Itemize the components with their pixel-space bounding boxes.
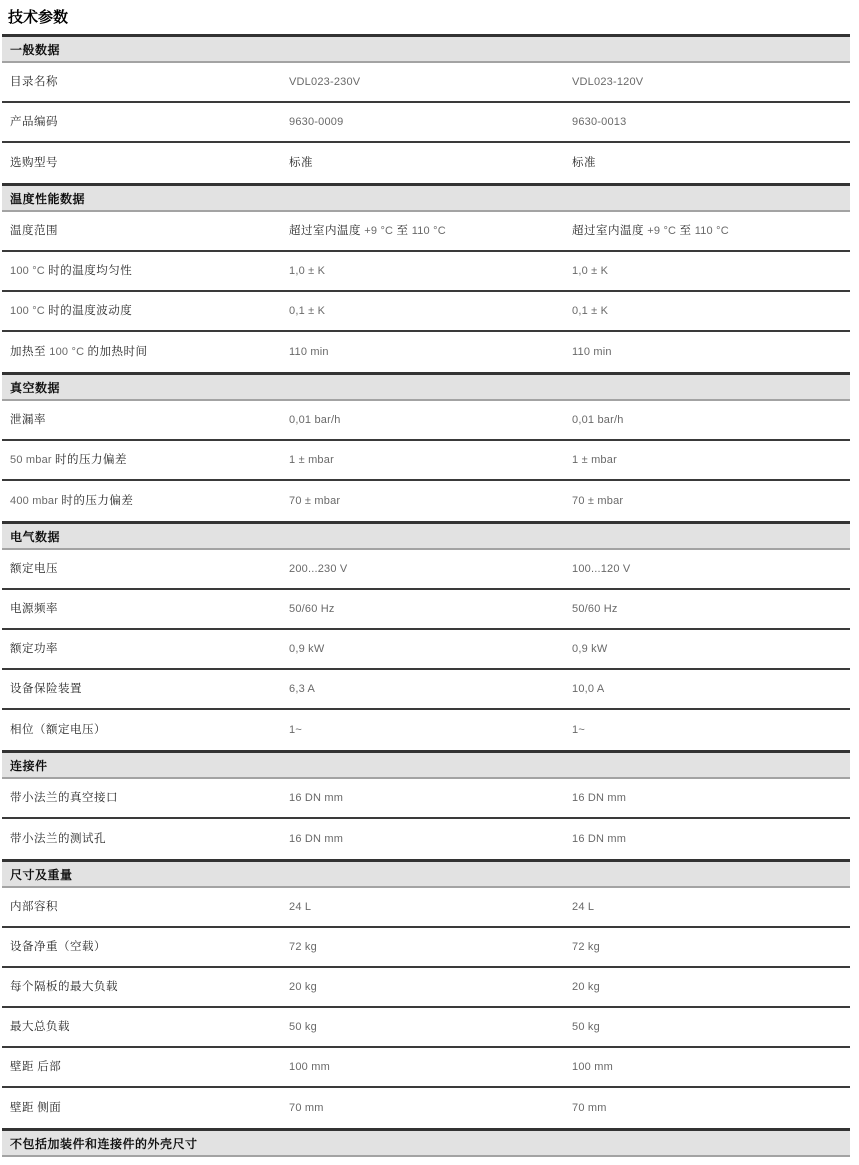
row-value-230v: 50 kg	[289, 1020, 572, 1035]
text-run: 16 DN mm	[572, 833, 626, 845]
row-label: 壁距 侧面	[2, 1101, 289, 1116]
row-value-230v: 6,3 A	[289, 682, 572, 697]
row-value-120v: VDL023-120V	[572, 75, 850, 90]
table-row: 泄漏率 0,01 bar/h 0,01 bar/h	[2, 401, 850, 441]
row-value-120v: 100...120 V	[572, 562, 850, 577]
table-row: 产品编码 9630-0009 9630-0013	[2, 103, 850, 143]
text-run: 110 min	[572, 346, 612, 358]
table-row: 内部容积 24 L 24 L	[2, 888, 850, 928]
text-run: 50/60 Hz	[289, 603, 335, 615]
text-run: VDL023-120V	[572, 76, 643, 88]
text-run: 额定电压	[10, 563, 58, 575]
row-label: 选购型号	[2, 156, 289, 171]
section-header: 真空数据	[2, 372, 850, 401]
row-label: 内部容积	[2, 900, 289, 915]
row-value-120v: 0,9 kW	[572, 642, 850, 657]
text-run: 1 ± mbar	[289, 454, 334, 466]
text-run: 0,1 ± K	[289, 305, 325, 317]
spec-section: 连接件 带小法兰的真空接口 16 DN mm 16 DN mm 带小法兰的测试孔…	[2, 750, 850, 859]
table-row: 400 mbar 时的压力偏差 70 ± mbar 70 ± mbar	[2, 481, 850, 521]
text-run: 1~	[572, 724, 585, 736]
text-run: 72 kg	[289, 941, 317, 953]
text-run: 70 mm	[572, 1102, 607, 1114]
row-label: 100 °C 时的温度均匀性	[2, 264, 289, 279]
text-run: 100 °C	[10, 265, 48, 277]
table-row: 壁距 侧面 70 mm 70 mm	[2, 1088, 850, 1128]
text-run: +9 °C	[644, 225, 679, 237]
table-row: 最大总负载 50 kg 50 kg	[2, 1008, 850, 1048]
text-run: 9630-0009	[289, 116, 343, 128]
section-header: 不包括加装件和连接件的外壳尺寸	[2, 1128, 850, 1157]
row-value-230v: 9630-0009	[289, 115, 572, 130]
row-label: 每个隔板的最大负载	[2, 980, 289, 995]
row-value-120v: 24 L	[572, 900, 850, 915]
row-label: 设备净重（空载）	[2, 940, 289, 955]
table-row: 温度范围 超过室内温度 +9 °C 至 110 °C 超过室内温度 +9 °C …	[2, 212, 850, 252]
text-run: 设备净重（空载）	[10, 941, 106, 953]
row-value-230v: 16 DN mm	[289, 791, 572, 806]
text-run: 温度范围	[10, 225, 58, 237]
table-row: 带小法兰的测试孔 16 DN mm 16 DN mm	[2, 819, 850, 859]
section-header: 连接件	[2, 750, 850, 779]
row-label: 额定功率	[2, 642, 289, 657]
text-run: 200...230 V	[289, 563, 347, 575]
row-label: 壁距 后部	[2, 1060, 289, 1075]
text-run: 超过室内温度	[289, 225, 361, 237]
row-value-120v: 50 kg	[572, 1020, 850, 1035]
text-run: 100 mm	[289, 1061, 330, 1073]
section-title: 真空数据	[10, 379, 60, 396]
text-run: 标准	[289, 157, 313, 169]
table-row: 每个隔板的最大负载 20 kg 20 kg	[2, 968, 850, 1008]
row-label: 电源频率	[2, 602, 289, 617]
table-row: 100 °C 时的温度波动度 0,1 ± K 0,1 ± K	[2, 292, 850, 332]
row-value-120v: 20 kg	[572, 980, 850, 995]
row-value-120v: 100 mm	[572, 1060, 850, 1075]
row-value-120v: 1~	[572, 723, 850, 738]
row-value-120v: 超过室内温度 +9 °C 至 110 °C	[572, 224, 850, 239]
text-run: 50 mbar	[10, 454, 55, 466]
row-value-230v: 20 kg	[289, 980, 572, 995]
row-label: 加热至 100 °C 的加热时间	[2, 345, 289, 360]
text-run: 相位（额定电压）	[10, 724, 106, 736]
row-value-230v: 50/60 Hz	[289, 602, 572, 617]
spec-section: 温度性能数据 温度范围 超过室内温度 +9 °C 至 110 °C 超过室内温度…	[2, 183, 850, 372]
text-run: 壁距	[10, 1102, 34, 1114]
text-run: 110 °C	[408, 225, 445, 237]
text-run: 20 kg	[289, 981, 317, 993]
row-value-230v: 1 ± mbar	[289, 453, 572, 468]
row-value-120v: 1,0 ± K	[572, 264, 850, 279]
section-title: 不包括加装件和连接件的外壳尺寸	[10, 1135, 198, 1152]
text-run: 目录名称	[10, 76, 58, 88]
row-value-230v: 0,9 kW	[289, 642, 572, 657]
text-run: 50/60 Hz	[572, 603, 618, 615]
row-label: 温度范围	[2, 224, 289, 239]
row-value-120v: 70 mm	[572, 1101, 850, 1116]
text-run: 后部	[37, 1061, 61, 1073]
row-value-120v: 110 min	[572, 345, 850, 360]
text-run: 72 kg	[572, 941, 600, 953]
row-value-230v: 70 mm	[289, 1101, 572, 1116]
section-title: 电气数据	[10, 528, 60, 545]
section-header: 一般数据	[2, 34, 850, 63]
text-run: 50 kg	[572, 1021, 600, 1033]
row-value-230v: 110 min	[289, 345, 572, 360]
table-row: 目录名称 VDL023-230V VDL023-120V	[2, 63, 850, 103]
text-run: 选购型号	[10, 157, 58, 169]
row-value-230v: 24 L	[289, 900, 572, 915]
section-title: 连接件	[10, 757, 48, 774]
row-label: 目录名称	[2, 75, 289, 90]
text-run: VDL023-230V	[289, 76, 360, 88]
table-row: 选购型号 标准 标准	[2, 143, 850, 183]
row-value-230v: 70 ± mbar	[289, 494, 572, 509]
text-run: 24 L	[572, 901, 594, 913]
row-label: 最大总负载	[2, 1020, 289, 1035]
section-header: 尺寸及重量	[2, 859, 850, 888]
text-run: 超过室内温度	[572, 225, 644, 237]
text-run: 时的温度波动度	[48, 305, 132, 317]
row-label: 额定电压	[2, 562, 289, 577]
row-value-120v: 9630-0013	[572, 115, 850, 130]
row-label: 泄漏率	[2, 413, 289, 428]
text-run: 100 °C	[10, 305, 48, 317]
text-run: 16 DN mm	[289, 792, 343, 804]
page-title: 技术参数	[0, 0, 859, 34]
row-value-120v: 70 ± mbar	[572, 494, 850, 509]
section-header: 电气数据	[2, 521, 850, 550]
row-value-230v: 72 kg	[289, 940, 572, 955]
row-label: 400 mbar 时的压力偏差	[2, 494, 289, 509]
spec-section: 真空数据 泄漏率 0,01 bar/h 0,01 bar/h 50 mbar 时…	[2, 372, 850, 521]
text-run: 0,9 kW	[572, 643, 607, 655]
text-run: 0,01 bar/h	[289, 414, 341, 426]
text-run: 1,0 ± K	[289, 265, 325, 277]
table-row: 壁距 后部 100 mm 100 mm	[2, 1048, 850, 1088]
text-run: 100 °C	[46, 346, 87, 358]
text-run: 最大总负载	[10, 1021, 70, 1033]
text-run: 70 ± mbar	[289, 495, 340, 507]
text-run: 70 ± mbar	[572, 495, 623, 507]
text-run: 标准	[572, 157, 596, 169]
text-run: 0,9 kW	[289, 643, 324, 655]
row-value-120v: 16 DN mm	[572, 791, 850, 806]
section-title: 尺寸及重量	[10, 866, 73, 883]
row-value-120v: 16 DN mm	[572, 832, 850, 847]
text-run: 70 mm	[289, 1102, 324, 1114]
row-value-120v: 1 ± mbar	[572, 453, 850, 468]
text-run: 50 kg	[289, 1021, 317, 1033]
row-label: 产品编码	[2, 115, 289, 130]
row-label: 设备保险装置	[2, 682, 289, 697]
row-value-230v: 0,1 ± K	[289, 304, 572, 319]
text-run: 9630-0013	[572, 116, 626, 128]
text-run: 至	[679, 225, 691, 237]
row-value-230v: 1~	[289, 723, 572, 738]
row-value-230v: 超过室内温度 +9 °C 至 110 °C	[289, 224, 572, 239]
text-run: 泄漏率	[10, 414, 46, 426]
text-run: 产品编码	[10, 116, 58, 128]
row-value-120v: 72 kg	[572, 940, 850, 955]
row-value-230v: 1,0 ± K	[289, 264, 572, 279]
text-run: 16 DN mm	[289, 833, 343, 845]
text-run: 110 min	[289, 346, 329, 358]
row-value-120v: 50/60 Hz	[572, 602, 850, 617]
text-run: 100 mm	[572, 1061, 613, 1073]
section-header: 温度性能数据	[2, 183, 850, 212]
text-run: 壁距	[10, 1061, 34, 1073]
text-run: 1,0 ± K	[572, 265, 608, 277]
row-label: 相位（额定电压）	[2, 723, 289, 738]
text-run: 16 DN mm	[572, 792, 626, 804]
text-run: 的加热时间	[87, 346, 147, 358]
text-run: 10,0 A	[572, 683, 604, 695]
text-run: 110 °C	[691, 225, 728, 237]
text-run: 内部容积	[10, 901, 58, 913]
text-run: 带小法兰的测试孔	[10, 833, 106, 845]
row-value-230v: 200...230 V	[289, 562, 572, 577]
table-row: 额定电压 200...230 V 100...120 V	[2, 550, 850, 590]
table-row: 设备保险装置 6,3 A 10,0 A	[2, 670, 850, 710]
text-run: 24 L	[289, 901, 311, 913]
text-run: 加热至	[10, 346, 46, 358]
text-run: 至	[396, 225, 408, 237]
text-run: 侧面	[37, 1102, 61, 1114]
table-row: 电源频率 50/60 Hz 50/60 Hz	[2, 590, 850, 630]
text-run: 400 mbar	[10, 495, 61, 507]
text-run: 每个隔板的最大负载	[10, 981, 118, 993]
spec-table: 一般数据 目录名称 VDL023-230V VDL023-120V 产品编码 9…	[2, 34, 850, 1157]
row-value-120v: 10,0 A	[572, 682, 850, 697]
section-title: 一般数据	[10, 41, 60, 58]
text-run: 0,1 ± K	[572, 305, 608, 317]
text-run: 时的压力偏差	[61, 495, 133, 507]
table-row: 额定功率 0,9 kW 0,9 kW	[2, 630, 850, 670]
row-value-230v: 16 DN mm	[289, 832, 572, 847]
text-run: 电源频率	[10, 603, 58, 615]
text-run: 带小法兰的真空接口	[10, 792, 118, 804]
spec-section: 尺寸及重量 内部容积 24 L 24 L 设备净重（空载） 72 kg 72 k…	[2, 859, 850, 1128]
row-label: 带小法兰的测试孔	[2, 832, 289, 847]
table-row: 加热至 100 °C 的加热时间 110 min 110 min	[2, 332, 850, 372]
row-value-120v: 标准	[572, 156, 850, 171]
row-value-120v: 0,1 ± K	[572, 304, 850, 319]
spec-section: 一般数据 目录名称 VDL023-230V VDL023-120V 产品编码 9…	[2, 34, 850, 183]
row-value-120v: 0,01 bar/h	[572, 413, 850, 428]
table-row: 设备净重（空载） 72 kg 72 kg	[2, 928, 850, 968]
row-value-230v: VDL023-230V	[289, 75, 572, 90]
text-run: 额定功率	[10, 643, 58, 655]
text-run: 100...120 V	[572, 563, 630, 575]
text-run: 设备保险装置	[10, 683, 82, 695]
row-label: 50 mbar 时的压力偏差	[2, 453, 289, 468]
row-label: 带小法兰的真空接口	[2, 791, 289, 806]
row-value-230v: 100 mm	[289, 1060, 572, 1075]
table-row: 100 °C 时的温度均匀性 1,0 ± K 1,0 ± K	[2, 252, 850, 292]
row-value-230v: 0,01 bar/h	[289, 413, 572, 428]
table-row: 相位（额定电压） 1~ 1~	[2, 710, 850, 750]
text-run: 0,01 bar/h	[572, 414, 624, 426]
table-row: 带小法兰的真空接口 16 DN mm 16 DN mm	[2, 779, 850, 819]
text-run: 时的温度均匀性	[48, 265, 132, 277]
text-run: 1 ± mbar	[572, 454, 617, 466]
row-label: 100 °C 时的温度波动度	[2, 304, 289, 319]
text-run: 20 kg	[572, 981, 600, 993]
section-title: 温度性能数据	[10, 190, 85, 207]
spec-section: 不包括加装件和连接件的外壳尺寸	[2, 1128, 850, 1157]
row-value-230v: 标准	[289, 156, 572, 171]
text-run: +9 °C	[361, 225, 396, 237]
text-run: 时的压力偏差	[55, 454, 127, 466]
text-run: 1~	[289, 724, 302, 736]
text-run: 6,3 A	[289, 683, 315, 695]
table-row: 50 mbar 时的压力偏差 1 ± mbar 1 ± mbar	[2, 441, 850, 481]
spec-section: 电气数据 额定电压 200...230 V 100...120 V 电源频率 5…	[2, 521, 850, 750]
